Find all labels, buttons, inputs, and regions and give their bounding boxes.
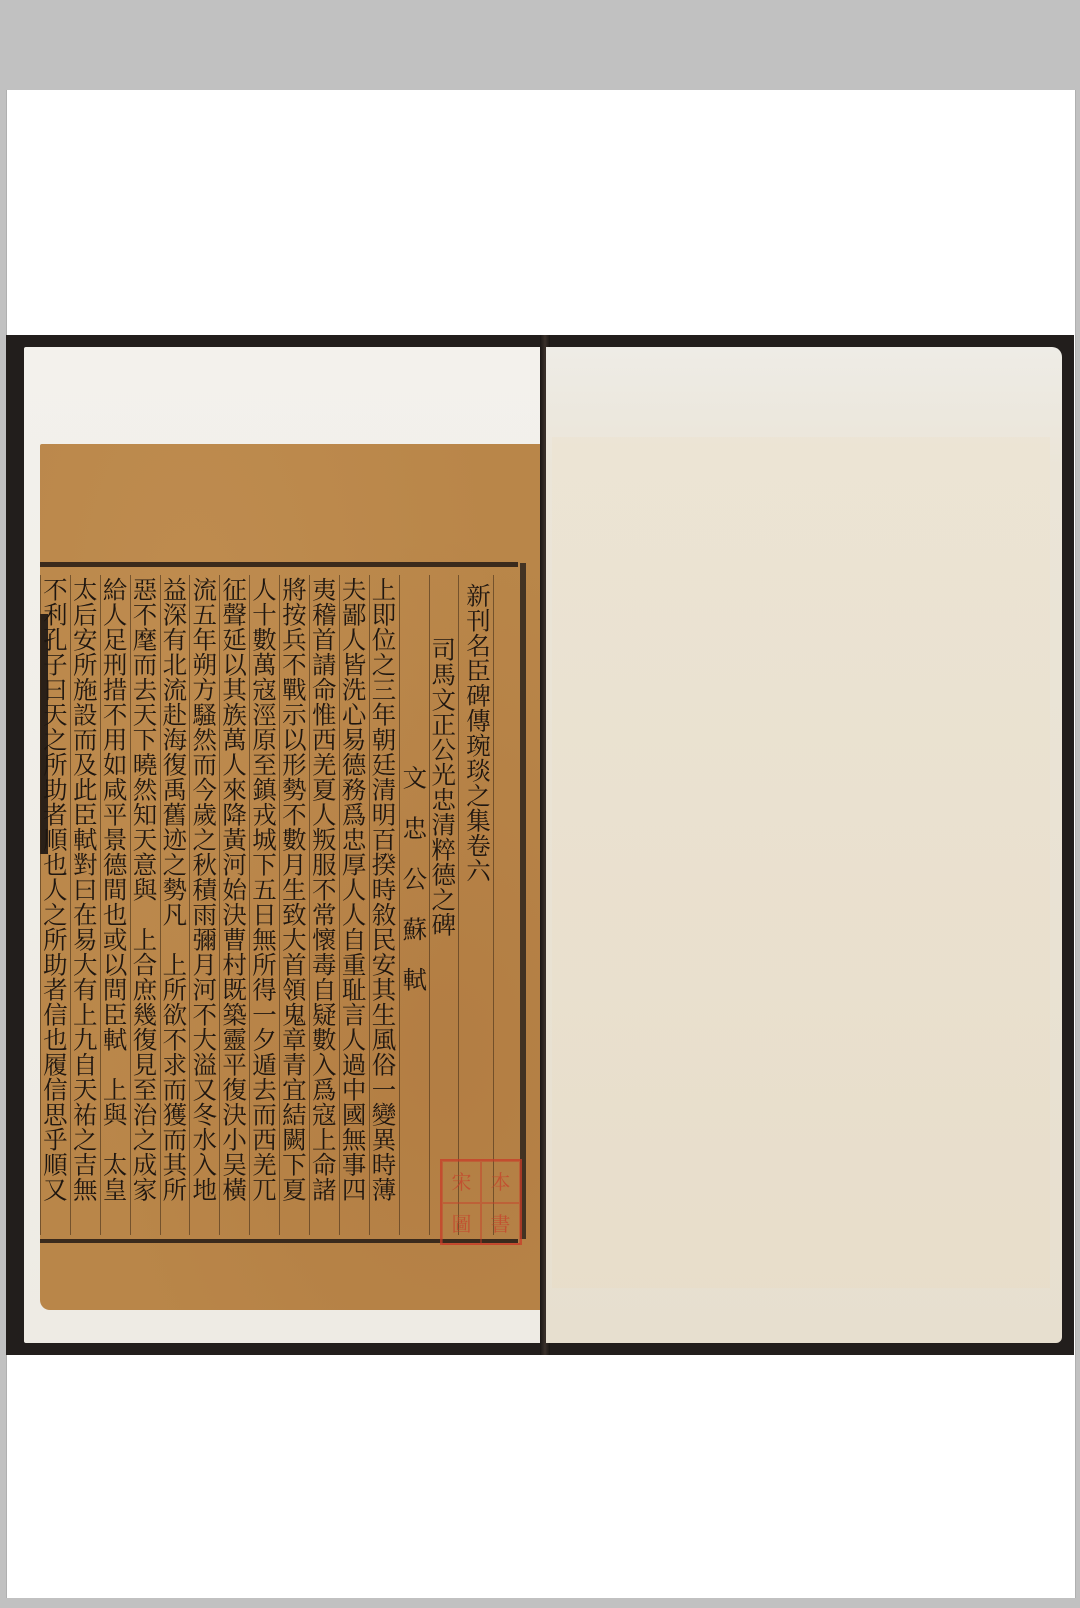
author-line: 文忠公蘇軾	[399, 575, 430, 1235]
seal-char: 本	[481, 1161, 520, 1203]
seal-char: 圖	[442, 1203, 481, 1245]
text-column: 夷稽首請命惟西羌夏人叛服不常懷毒自疑數入爲寇上命諸	[309, 575, 339, 1235]
book-title: 新刊名臣碑傳琬琰之集卷六	[458, 575, 493, 1235]
book-scan: 新刊名臣碑傳琬琰之集卷六 司馬文正公光忠清粹德之碑 文忠公蘇軾 上即位之三年朝廷…	[6, 335, 1074, 1355]
red-seal-stamp: 宋 本 圖 書	[440, 1159, 522, 1245]
text-column: 給人足刑措不用如咸平景德間也或以問臣軾 上與 太皇	[100, 575, 130, 1235]
frame-border-rule	[520, 563, 526, 1239]
text-column: 不利孔子曰天之所助者順也人之所助者信也履信思乎順又	[40, 575, 70, 1235]
text-columns: 新刊名臣碑傳琬琰之集卷六 司馬文正公光忠清粹德之碑 文忠公蘇軾 上即位之三年朝廷…	[40, 575, 518, 1235]
seal-char: 書	[481, 1203, 520, 1245]
text-column: 惡不麾而去天下曉然知天意與 上合庶幾復見至治之成家	[130, 575, 160, 1235]
text-frame: 新刊名臣碑傳琬琰之集卷六 司馬文正公光忠清粹德之碑 文忠公蘇軾 上即位之三年朝廷…	[40, 562, 518, 1243]
seal-char: 宋	[442, 1161, 481, 1203]
text-column: 太后安所施設而及此臣軾對曰在易大有上九自天祐之吉無	[70, 575, 100, 1235]
text-column: 流五年朔方騷然而今歲之秋積雨彌月河不大溢又冬水入地	[189, 575, 219, 1235]
right-leaf-paper	[546, 347, 1062, 1343]
stele-title: 司馬文正公光忠清粹德之碑	[429, 575, 458, 1235]
text-column: 人十數萬寇涇原至鎮戎城下五日無所得一夕遁去而西羌兀	[249, 575, 279, 1235]
printed-sheet: 新刊名臣碑傳琬琰之集卷六 司馬文正公光忠清粹德之碑 文忠公蘇軾 上即位之三年朝廷…	[40, 444, 550, 1310]
text-column: 將按兵不戰示以形勢不數月生致大首領鬼章青宜結闕下夏	[279, 575, 309, 1235]
text-column: 益深有北流赴海復禹舊迹之勢凡 上所欲不求而獲而其所	[160, 575, 190, 1235]
left-leaf-paper: 新刊名臣碑傳琬琰之集卷六 司馬文正公光忠清粹德之碑 文忠公蘇軾 上即位之三年朝廷…	[24, 347, 544, 1343]
right-leaf-blank-page	[552, 437, 1050, 1288]
text-column: 上即位之三年朝廷清明百揆時敘民安其生風俗一變異時薄	[369, 575, 399, 1235]
text-column: 征聲延以其族萬人來降黃河始決曹村既築靈平復決小吴橫	[219, 575, 249, 1235]
text-column: 夫鄙人皆洗心易德務爲忠厚人人自重耻言人過中國無事四	[339, 575, 369, 1235]
blank-column	[493, 575, 518, 1235]
